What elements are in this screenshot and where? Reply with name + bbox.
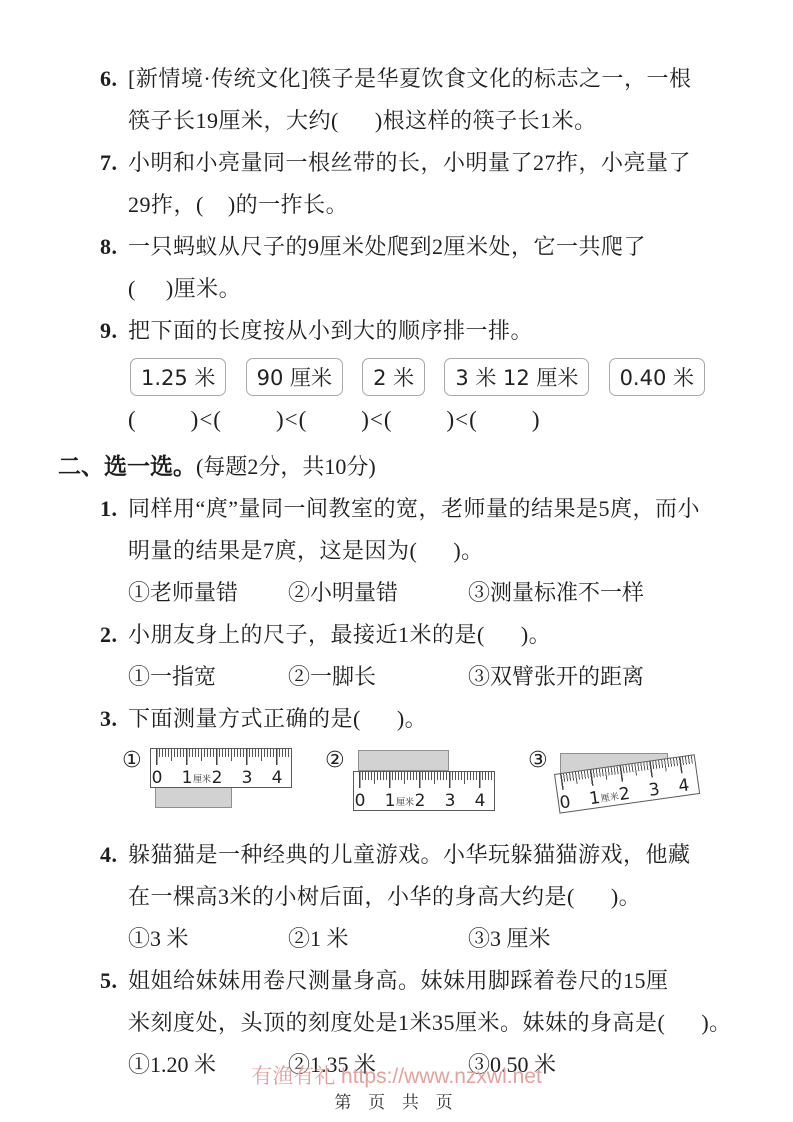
length-box: 3 米 12 厘米: [444, 358, 589, 396]
question-text: 小朋友身上的尺子，最接近1米的是( )。: [128, 622, 551, 647]
section-title: 二、选一选。: [58, 454, 196, 479]
ordering-blanks: ( )<( )<( )<( )<( ): [128, 398, 745, 442]
question-9: 9.把下面的长度按从小到大的顺序排一排。 1.25 米 90 厘米 2 米 3 …: [100, 310, 745, 442]
ruler-number: 2: [618, 785, 631, 804]
option-2: ②1 米: [288, 918, 468, 960]
ruler-number: 0: [355, 792, 366, 810]
length-box: 90 厘米: [246, 358, 343, 396]
diagram-label-3: ③: [528, 750, 548, 772]
option-1: ①一指宽: [128, 656, 288, 698]
length-box: 2 米: [362, 358, 425, 396]
question-number: 2.: [100, 614, 128, 656]
choice-4-options: ①3 米 ②1 米 ③3 厘米: [128, 918, 745, 960]
question-number: 1.: [100, 488, 128, 530]
ruler-number: 4: [475, 792, 486, 810]
question-8-line-2: ( )厘米。: [128, 268, 745, 310]
question-text: 把下面的长度按从小到大的顺序排一排。: [128, 318, 533, 343]
ruler-number: 0: [558, 793, 571, 812]
ruler-diagram-3: ③ 0 1 2 3 4 厘米: [528, 744, 725, 832]
worksheet-page: 6.[新情境·传统文化]筷子是华夏饮食文化的标志之一，一根 筷子长19厘米，大约…: [0, 0, 793, 1122]
option-2: ②小明量错: [288, 572, 468, 614]
ruler-diagram-1: ① 0 1 2 3 4 厘米: [122, 744, 319, 832]
question-number: 4.: [100, 834, 128, 876]
ruler-number: 3: [242, 769, 253, 787]
question-number: 7.: [100, 142, 128, 184]
question-7: 7.小明和小亮量同一根丝带的长，小明量了27拃，小亮量了 29拃，( )的一拃长…: [100, 142, 745, 226]
question-8: 8.一只蚂蚁从尺子的9厘米处爬到2厘米处，它一共爬了 ( )厘米。: [100, 226, 745, 310]
footer-page-label: 第 页 共 页: [0, 1092, 793, 1114]
question-number: 3.: [100, 698, 128, 740]
ruler-diagram-2: ② 0 1 2 3 4 厘米: [325, 744, 522, 832]
ruler-number: 2: [212, 769, 223, 787]
ruler-unit-label: 厘米: [396, 798, 414, 807]
question-7-line-2: 29拃，( )的一拃长。: [128, 184, 745, 226]
option-1: ①3 米: [128, 918, 288, 960]
choice-2-options: ①一指宽 ②一脚长 ③双臂张开的距离: [128, 656, 745, 698]
section-2-header: 二、选一选。(每题2分，共10分): [58, 446, 745, 488]
choice-question-1: 1.同样用“庹”量同一间教室的宽，老师量的结果是5庹，而小 明量的结果是7庹，这…: [100, 488, 745, 614]
choice-question-3: 3.下面测量方式正确的是( )。 ① 0 1 2 3 4 厘米: [100, 698, 745, 832]
diagram-label-2: ②: [325, 750, 345, 772]
choice-5-line-2: 米刻度处，头顶的刻度处是1米35厘米。妹妹的身高是( )。: [128, 1002, 745, 1044]
ruler-number: 3: [445, 792, 456, 810]
question-number: 5.: [100, 960, 128, 1002]
diagram-label-1: ①: [122, 750, 142, 772]
page-footer: 有渔有礼 https://www.nzxwl.net 第 页 共 页: [0, 1064, 793, 1114]
footer-site-link[interactable]: 有渔有礼 https://www.nzxwl.net: [0, 1064, 793, 1090]
question-number: 9.: [100, 310, 128, 352]
ruler-number: 1: [588, 789, 601, 808]
ruler-2: 0 1 2 3 4 厘米: [353, 771, 495, 811]
ruler-major-ticks: [156, 749, 289, 765]
option-3: ③3 厘米: [468, 918, 745, 960]
question-text: 一只蚂蚁从尺子的9厘米处爬到2厘米处，它一共爬了: [128, 234, 646, 259]
choice-1-options: ①老师量错 ②小明量错 ③测量标准不一样: [128, 572, 745, 614]
question-number: 8.: [100, 226, 128, 268]
choice-5-line-1: 5.姐姐给妹妹用卷尺测量身高。妹妹用脚踩着卷尺的15厘: [128, 960, 745, 1002]
ruler-number: 1: [182, 769, 193, 787]
question-8-line-1: 8.一只蚂蚁从尺子的9厘米处爬到2厘米处，它一共爬了: [128, 226, 745, 268]
section-score-note: (每题2分，共10分): [196, 454, 376, 479]
choice-4-line-1: 4.躲猫猫是一种经典的儿童游戏。小华玩躲猫猫游戏，他藏: [128, 834, 745, 876]
worksheet-content: 6.[新情境·传统文化]筷子是华夏饮食文化的标志之一，一根 筷子长19厘米，大约…: [100, 58, 745, 1086]
option-1: ①老师量错: [128, 572, 288, 614]
question-7-line-1: 7.小明和小亮量同一根丝带的长，小明量了27拃，小亮量了: [128, 142, 745, 184]
length-box: 0.40 米: [609, 358, 705, 396]
option-3: ③双臂张开的距离: [468, 656, 745, 698]
measured-object: [358, 750, 449, 771]
ruler-unit-label: 厘米: [600, 792, 619, 803]
question-number: 6.: [100, 58, 128, 100]
ruler-number: 1: [385, 792, 396, 810]
length-box: 1.25 米: [130, 358, 226, 396]
option-2: ②一脚长: [288, 656, 468, 698]
ruler-unit-label: 厘米: [193, 775, 211, 784]
measured-object: [155, 788, 232, 808]
question-text: [新情境·传统文化]筷子是华夏饮食文化的标志之一，一根: [128, 66, 691, 91]
length-boxes-row: 1.25 米 90 厘米 2 米 3 米 12 厘米 0.40 米: [130, 358, 705, 396]
question-6: 6.[新情境·传统文化]筷子是华夏饮食文化的标志之一，一根 筷子长19厘米，大约…: [100, 58, 745, 142]
choice-1-line-2: 明量的结果是7庹，这是因为( )。: [128, 530, 745, 572]
choice-question-4: 4.躲猫猫是一种经典的儿童游戏。小华玩躲猫猫游戏，他藏 在一棵高3米的小树后面，…: [100, 834, 745, 960]
ruler-major-ticks: [359, 772, 492, 788]
ruler-1: 0 1 2 3 4 厘米: [150, 748, 292, 788]
ruler-number: 4: [272, 769, 283, 787]
ruler-number: 4: [677, 776, 690, 795]
question-text: 躲猫猫是一种经典的儿童游戏。小华玩躲猫猫游戏，他藏: [128, 842, 691, 867]
ruler-number: 2: [415, 792, 426, 810]
choice-2-line-1: 2.小朋友身上的尺子，最接近1米的是( )。: [128, 614, 745, 656]
question-text: 同样用“庹”量同一间教室的宽，老师量的结果是5庹，而小: [128, 496, 700, 521]
question-9-line-1: 9.把下面的长度按从小到大的顺序排一排。: [128, 310, 745, 352]
choice-3-line-1: 3.下面测量方式正确的是( )。: [128, 698, 745, 740]
option-3: ③测量标准不一样: [468, 572, 745, 614]
question-text: 下面测量方式正确的是( )。: [128, 706, 427, 731]
choice-question-2: 2.小朋友身上的尺子，最接近1米的是( )。 ①一指宽 ②一脚长 ③双臂张开的距…: [100, 614, 745, 698]
question-6-line-1: 6.[新情境·传统文化]筷子是华夏饮食文化的标志之一，一根: [128, 58, 745, 100]
ruler-number: 0: [152, 769, 163, 787]
question-6-line-2: 筷子长19厘米，大约( )根这样的筷子长1米。: [128, 100, 745, 142]
choice-4-line-2: 在一棵高3米的小树后面，小华的身高大约是( )。: [128, 876, 745, 918]
ruler-diagrams-row: ① 0 1 2 3 4 厘米 ②: [122, 744, 745, 832]
question-text: 姐姐给妹妹用卷尺测量身高。妹妹用脚踩着卷尺的15厘: [128, 968, 669, 993]
choice-1-line-1: 1.同样用“庹”量同一间教室的宽，老师量的结果是5庹，而小: [128, 488, 745, 530]
question-text: 小明和小亮量同一根丝带的长，小明量了27拃，小亮量了: [128, 150, 691, 175]
ruler-number: 3: [648, 781, 661, 800]
